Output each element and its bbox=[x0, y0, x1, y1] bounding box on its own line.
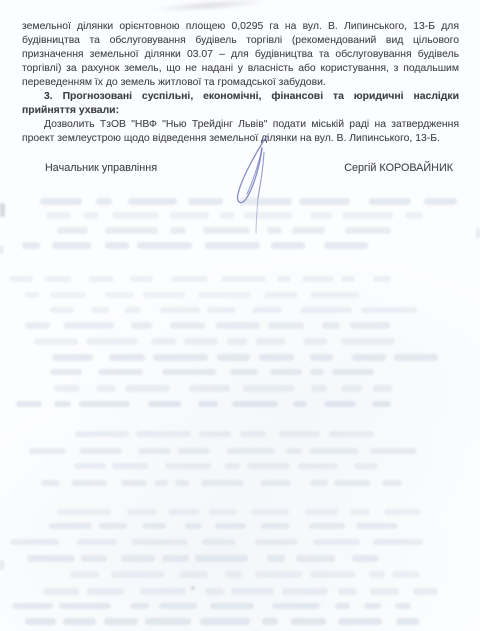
bleed-row bbox=[9, 276, 405, 284]
text-line: земельної ділянки орієнтовною площею 0,0… bbox=[22, 20, 459, 34]
bleed-row bbox=[54, 385, 412, 393]
scan-smudge bbox=[150, 0, 270, 14]
bleed-row bbox=[10, 539, 438, 547]
text-line: прийняття ухвали: bbox=[22, 104, 459, 118]
bleed-row bbox=[75, 431, 384, 439]
bleed-row bbox=[74, 463, 390, 471]
scan-speck bbox=[0, 246, 3, 254]
text-line: 3. Прогнозовані суспільні, економічні, ф… bbox=[22, 90, 459, 104]
text-line: переведенням їх до земель житлової та гр… bbox=[22, 76, 459, 90]
bleed-row bbox=[24, 292, 378, 300]
bleed-row bbox=[22, 242, 379, 250]
bleed-row bbox=[50, 369, 388, 377]
section-3-heading: 3. Прогнозовані суспільні, економічні, ф… bbox=[22, 90, 459, 118]
bleed-row bbox=[49, 523, 409, 531]
text-line: призначення земельної ділянки 03.07 – дл… bbox=[22, 48, 459, 62]
text-line: будівництва та обслуговування будівель т… bbox=[22, 34, 459, 48]
bleed-row bbox=[12, 603, 423, 611]
scan-speck bbox=[476, 228, 480, 238]
handwritten-signature-ink bbox=[222, 126, 286, 241]
signatory-name: Сергій КОРОВАЙНИК bbox=[344, 162, 453, 174]
scan-speck bbox=[0, 560, 4, 570]
bleed-row bbox=[34, 338, 412, 346]
bleed-row bbox=[16, 401, 398, 409]
scan-speck bbox=[191, 586, 195, 590]
bleed-row bbox=[25, 618, 435, 626]
bleed-row bbox=[52, 354, 458, 362]
bleed-row bbox=[50, 307, 423, 315]
bleed-row bbox=[57, 509, 434, 517]
bleed-row bbox=[70, 571, 437, 579]
scan-speck bbox=[0, 203, 5, 217]
bleed-row bbox=[27, 555, 391, 563]
scanned-document-page: земельної ділянки орієнтовною площею 0,0… bbox=[0, 0, 480, 631]
bleed-row bbox=[25, 322, 406, 330]
bleed-row bbox=[43, 588, 457, 596]
signatory-title: Начальник управління bbox=[45, 162, 157, 174]
bleed-row bbox=[29, 448, 433, 456]
text-line: торгівлі) за рахунок земель, що не надан… bbox=[22, 62, 459, 76]
paragraph-continued: земельної ділянки орієнтовною площею 0,0… bbox=[22, 20, 459, 90]
bleed-row bbox=[41, 480, 415, 488]
